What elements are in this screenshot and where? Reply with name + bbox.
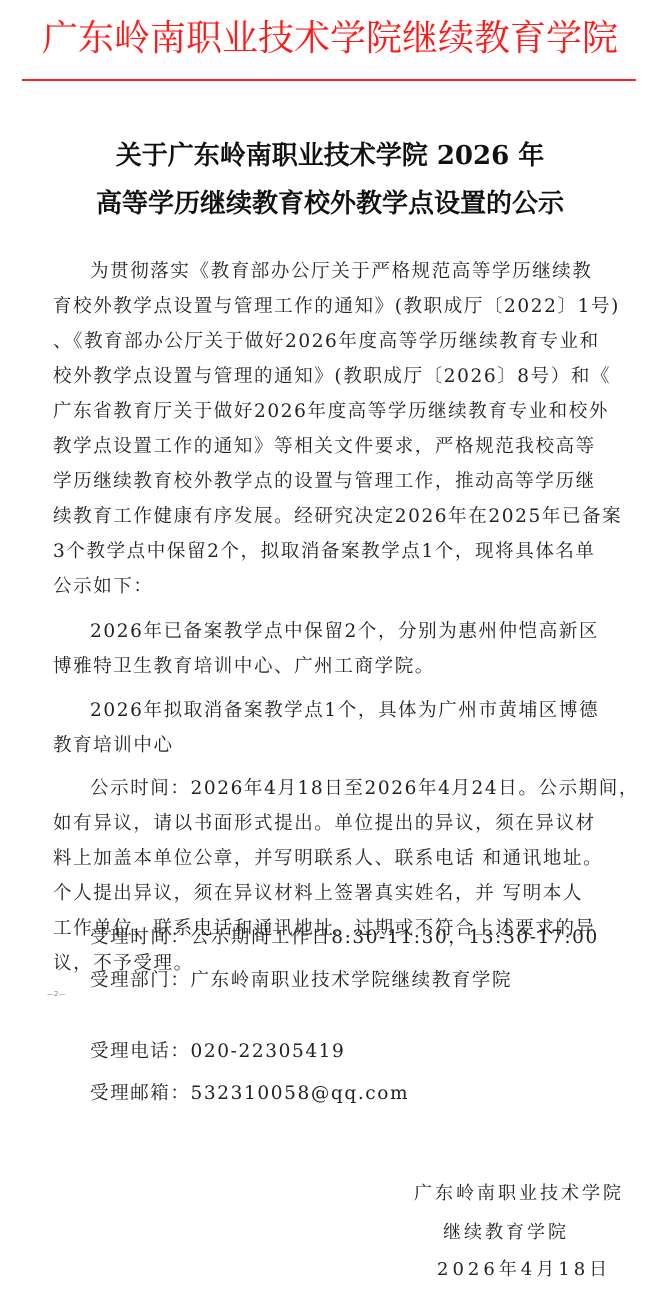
- text-line: 、《教育部办公厅关于做好2026年度高等学历继续教育专业和: [53, 329, 600, 355]
- text-line: 博雅特卫生教育培训中心、广州工商学院。: [53, 654, 435, 680]
- text-line: 续教育工作健康有序发展。经研究决定2026年在2025年已备案: [53, 504, 622, 530]
- page-number-marker: —2—: [47, 990, 65, 998]
- acceptance-department: 受理部门：广东岭南职业技术学院继续教育学院: [90, 968, 512, 994]
- acceptance-email: 受理邮箱：532310058@qq.com: [90, 1081, 409, 1107]
- institution-masthead: 广东岭南职业技术学院继续教育学院: [0, 14, 660, 64]
- text-line: 料上加盖本单位公章，并写明联系人、联系电话 和通讯地址。: [53, 846, 603, 872]
- text-line: 育校外教学点设置与管理工作的通知》(教职成厅〔2022〕1号): [53, 294, 620, 320]
- text-line: 广东省教育厅关于做好2026年度高等学历继续教育专业和校外: [53, 399, 609, 425]
- acceptance-phone: 受理电话：020-22305419: [90, 1039, 345, 1065]
- text-line: 为贯彻落实《教育部办公厅关于严格规范高等学历继续教: [90, 259, 593, 285]
- red-header-rule: [22, 79, 636, 81]
- text-line: 教育培训中心: [53, 733, 174, 759]
- document-title-line-1: 关于广东岭南职业技术学院 2026 年: [0, 138, 660, 174]
- text-line: 公示如下：: [53, 574, 154, 600]
- signature-date: 2026年4月18日: [437, 1257, 611, 1283]
- text-line: 学历继续教育校外教学点的设置与管理工作，推动高等学历继: [53, 469, 596, 495]
- text-line: 2026年拟取消备案教学点1个，具体为广州市黄埔区博德: [90, 698, 599, 724]
- signature-institution: 广东岭南职业技术学院: [414, 1181, 624, 1207]
- text-line: 教学点设置工作的通知》等相关文件要求，严格规范我校高等: [53, 434, 596, 460]
- text-line: 公示时间：2026年4月18日至2026年4月24日。公示期间，: [90, 776, 639, 802]
- document-title-line-2: 高等学历继续教育校外教学点设置的公示: [0, 186, 660, 222]
- text-line: 个人提出异议，须在异议材料上签署真实姓名，并 写明本人: [53, 881, 583, 907]
- text-line: 如有异议，请以书面形式提出。单位提出的异议，须在异议材: [53, 811, 596, 837]
- acceptance-hours: 受理时间：公示期间工作日8:30-11:30，13:30-17:00: [90, 925, 599, 951]
- signature-department: 继续教育学院: [443, 1220, 569, 1246]
- text-line: 校外教学点设置与管理的通知》(教职成厅〔2026〕8号）和《: [53, 364, 611, 390]
- text-line: 3个教学点中保留2个，拟取消备案教学点1个，现将具体名单: [53, 539, 596, 565]
- text-line: 2026年已备案教学点中保留2个，分别为惠州仲恺高新区: [90, 619, 599, 645]
